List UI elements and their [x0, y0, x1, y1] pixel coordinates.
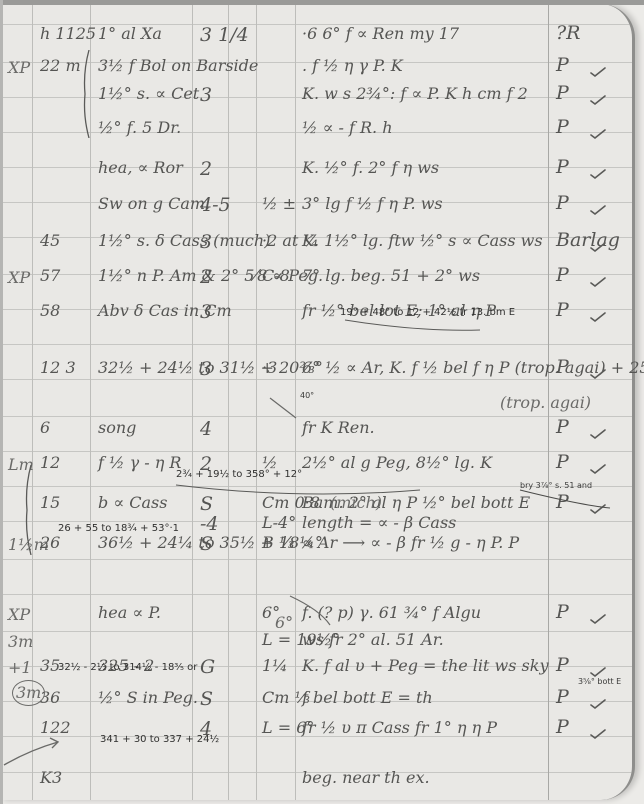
entry-note: ½ ∝ - f R. h — [302, 120, 393, 136]
entry-observer: P — [556, 656, 569, 675]
brace-mark — [82, 50, 90, 138]
entry-time: 12 3 — [40, 360, 76, 376]
entry-note: length = ∝ - β Cass — [302, 515, 456, 531]
entry-seeing: 4-5 — [200, 196, 231, 215]
column-rule — [256, 4, 257, 800]
entry-seeing: 3 — [200, 86, 212, 105]
ruled-line — [0, 559, 632, 560]
ruled-line — [0, 451, 632, 452]
checkmark-icon — [590, 307, 606, 317]
entry-observer: P — [556, 158, 569, 177]
entry-seeing: -4 — [200, 515, 219, 534]
entry-object: 1½° s. δ Cass (much) — [98, 233, 270, 249]
entry-time: 122 — [40, 720, 71, 736]
entry-time: 12 — [40, 455, 60, 471]
ruled-line — [0, 344, 632, 345]
entry-object: ½° S in Peg. — [98, 690, 198, 706]
entry-note: fr ½ υ π Cass fr 1° η η P — [302, 720, 497, 736]
entry-observer: P — [556, 301, 569, 320]
entry-seeing: 3 — [200, 360, 212, 379]
entry-time: 26 — [40, 535, 60, 551]
checkmark-icon — [590, 724, 606, 734]
entry-note: ws fr 2° al. 51 Ar. — [302, 632, 444, 648]
annotation: 3⅝° bott E — [578, 678, 621, 686]
margin-mark: +1 — [8, 660, 32, 676]
entry-observer: P — [556, 56, 569, 75]
checkmark-icon — [590, 164, 606, 174]
annotation: 19° + 48° to 12 + 42½ fr 13. bm E — [340, 308, 515, 318]
entry-seeing: G — [200, 658, 215, 677]
brace-mark — [24, 465, 32, 555]
checkmark-icon — [590, 424, 606, 434]
top-binding-edge — [0, 0, 644, 5]
checkmark-icon — [590, 459, 606, 469]
entry-seeing: 3 — [200, 233, 212, 252]
annotation: (trop. agai) — [500, 395, 591, 411]
entry-transparency: ½ ± — [262, 196, 296, 212]
entry-time: 58 — [40, 303, 60, 319]
entry-object: Sw on g Cam. — [98, 196, 210, 212]
checkmark-icon — [590, 364, 606, 374]
margin-mark: 3m — [8, 634, 33, 650]
entry-observer: P — [556, 84, 569, 103]
entry-object: song — [98, 420, 136, 436]
entry-transparency: C-8 — [262, 268, 290, 284]
entry-note: K. w s 2¾°: f ∝ P. K h cm f 2 — [302, 86, 528, 102]
entry-transparency: B ⅓ — [262, 535, 294, 551]
checkmark-icon — [590, 272, 606, 282]
entry-time: 22 m — [40, 58, 81, 74]
entry-object: ½° f. 5 Dr. — [98, 120, 181, 136]
checkmark-icon — [590, 609, 606, 619]
entry-observer: P — [556, 118, 569, 137]
entry-observer: P — [556, 493, 569, 512]
entry-seeing: 2 — [200, 160, 212, 179]
entry-seeing: 3 1/4 — [200, 26, 249, 45]
entry-seeing: 3 — [200, 303, 212, 322]
entry-observer: P — [556, 718, 569, 737]
entry-note: f bel bott E = th — [302, 690, 433, 706]
entry-time: h 1125 — [40, 26, 96, 42]
entry-time: 57 — [40, 268, 60, 284]
entry-time: 6 — [40, 420, 50, 436]
entry-note: ∝ Ar ⟶ ∝ - β fr ½ g - η P. P — [302, 535, 519, 551]
checkmark-icon — [590, 237, 606, 247]
entry-object: hea ∝ P. — [98, 605, 161, 621]
column-rule — [90, 4, 91, 800]
checkmark-icon — [590, 90, 606, 100]
checkmark-icon — [590, 62, 606, 72]
column-rule — [228, 4, 229, 800]
checkmark-icon — [590, 124, 606, 134]
entry-observer: P — [556, 453, 569, 472]
entry-object: b ∝ Cass — [98, 495, 167, 511]
entry-seeing: S — [200, 535, 213, 554]
entry-transparency: 1¼ — [262, 658, 288, 674]
checkmark-icon — [590, 662, 606, 672]
annotation: 6° — [275, 615, 293, 631]
entry-note: 2½° al g Peg, 8½° lg. K — [302, 455, 492, 471]
annotation: 40° — [300, 392, 314, 400]
ruled-line — [0, 416, 632, 417]
entry-observer: Barlag — [556, 231, 620, 250]
left-page-edge — [0, 0, 3, 804]
entry-observer: P — [556, 194, 569, 213]
ruled-line — [0, 379, 632, 380]
entry-observer: P — [556, 266, 569, 285]
entry-seeing: S — [200, 495, 213, 514]
entry-observer: P — [556, 688, 569, 707]
margin-mark: XP — [8, 607, 30, 623]
entry-note: . f ½ η γ P. K — [302, 58, 403, 74]
ruled-line — [0, 594, 632, 595]
entry-object: hea, ∝ Ror — [98, 160, 183, 176]
entry-note: 7° lg. beg. 51 + 2° ws — [302, 268, 480, 284]
entry-observer: P — [556, 603, 569, 622]
entry-object: 1½° s. ∝ Cet — [98, 86, 199, 102]
circled-note: 3m — [12, 680, 45, 706]
entry-seeing: 2 — [200, 268, 212, 287]
entry-observer: P — [556, 358, 569, 377]
annotation: 2¾ + 19½ to 358° + 12° — [176, 470, 302, 480]
entry-object: 3½ f Bol on Barside — [98, 58, 258, 74]
annotation: 26 + 55 to 18¾ + 53°·1 — [58, 524, 179, 534]
entry-transparency: ·3 — [262, 360, 277, 376]
entry-object: f ½ γ - η R — [98, 455, 181, 471]
entry-time: K3 — [40, 770, 62, 786]
annotation: 341 + 30 to 337 + 24½ — [100, 735, 219, 745]
entry-transparency: L-4° — [262, 515, 296, 531]
column-rule — [295, 4, 296, 800]
entry-seeing: 4 — [200, 420, 212, 439]
margin-mark: XP — [8, 60, 30, 76]
entry-note: K. 1½° lg. ftw ½° s ∝ Cass ws — [302, 233, 543, 249]
entry-time: 45 — [40, 233, 60, 249]
annotation: (mich) — [330, 495, 382, 511]
entry-note: K. ½° f. 2° f η ws — [302, 160, 439, 176]
margin-mark: XP — [8, 270, 30, 286]
entry-observer: ?R — [556, 24, 581, 43]
entry-note: 3° lg f ½ f η P. ws — [302, 196, 443, 212]
column-rule — [192, 4, 193, 800]
checkmark-icon — [590, 499, 606, 509]
annotation: 32½ - 2½ to 314½ - 18⅗ or — [58, 663, 197, 673]
entry-note: K. f al υ + Peg = the lit ws sky — [302, 658, 549, 674]
entry-observer: P — [556, 418, 569, 437]
entry-note: f. (? p) γ. 61 ¾° f Algu — [302, 605, 481, 621]
checkmark-icon — [590, 200, 606, 210]
entry-note: beg. near th ex. — [302, 770, 430, 786]
entry-note: ·6 6° f ∝ Ren my 17 — [302, 26, 459, 42]
annotation: bry 3⅞° s. 51 and — [520, 482, 592, 490]
entry-time: 15 — [40, 495, 60, 511]
entry-note: fr K Ren. — [302, 420, 375, 436]
entry-object: 1° al Xa — [98, 26, 162, 42]
entry-seeing: S — [200, 690, 213, 709]
checkmark-icon — [590, 694, 606, 704]
